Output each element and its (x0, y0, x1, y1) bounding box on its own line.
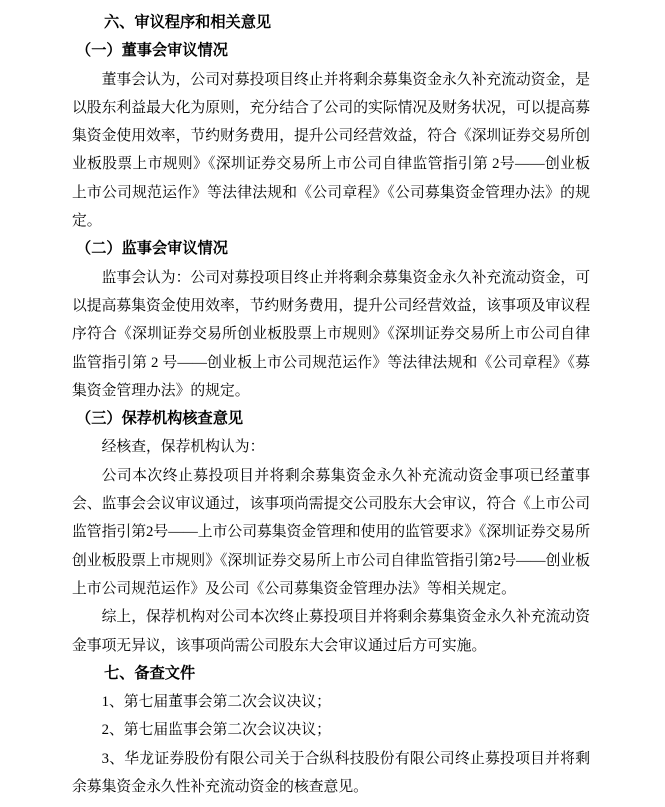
paragraph-sponsor-opinion: 公司本次终止募投项目并将剩余募集资金永久补充流动资金事项已经董事会、监事会会议审… (72, 462, 590, 603)
document-page: 六、审议程序和相关意见 （一）董事会审议情况 董事会认为，公司对募投项目终止并将… (0, 0, 665, 807)
section-heading-reference-documents: 七、备查文件 (72, 660, 590, 688)
paragraph-sponsor-intro: 经核查，保荐机构认为： (72, 433, 590, 461)
paragraph-supervisory-opinion: 监事会认为：公司对募投项目终止并将剩余募集资金永久补充流动资金，可以提高募集资金… (72, 264, 590, 405)
section-heading-review-procedures: 六、审议程序和相关意见 (72, 9, 590, 37)
paragraph-board-opinion: 董事会认为，公司对募投项目终止并将剩余募集资金永久补充流动资金，是以股东利益最大… (72, 66, 590, 236)
list-item-board-resolution: 1、第七届董事会第二次会议决议； (72, 688, 590, 716)
paragraph-sponsor-conclusion: 综上，保荐机构对公司本次终止募投项目并将剩余募集资金永久补充流动资金事项无异议，… (72, 603, 590, 660)
subsection-heading-supervisory-review: （二）监事会审议情况 (72, 235, 590, 263)
subsection-heading-board-review: （一）董事会审议情况 (72, 37, 590, 65)
subsection-heading-sponsor-verification: （三）保荐机构核查意见 (72, 405, 590, 433)
list-item-sponsor-verification-opinion: 3、华龙证券股份有限公司关于合纵科技股份有限公司终止募投项目并将剩余募集资金永久… (72, 745, 590, 802)
list-item-supervisory-resolution: 2、第七届监事会第二次会议决议； (72, 716, 590, 744)
